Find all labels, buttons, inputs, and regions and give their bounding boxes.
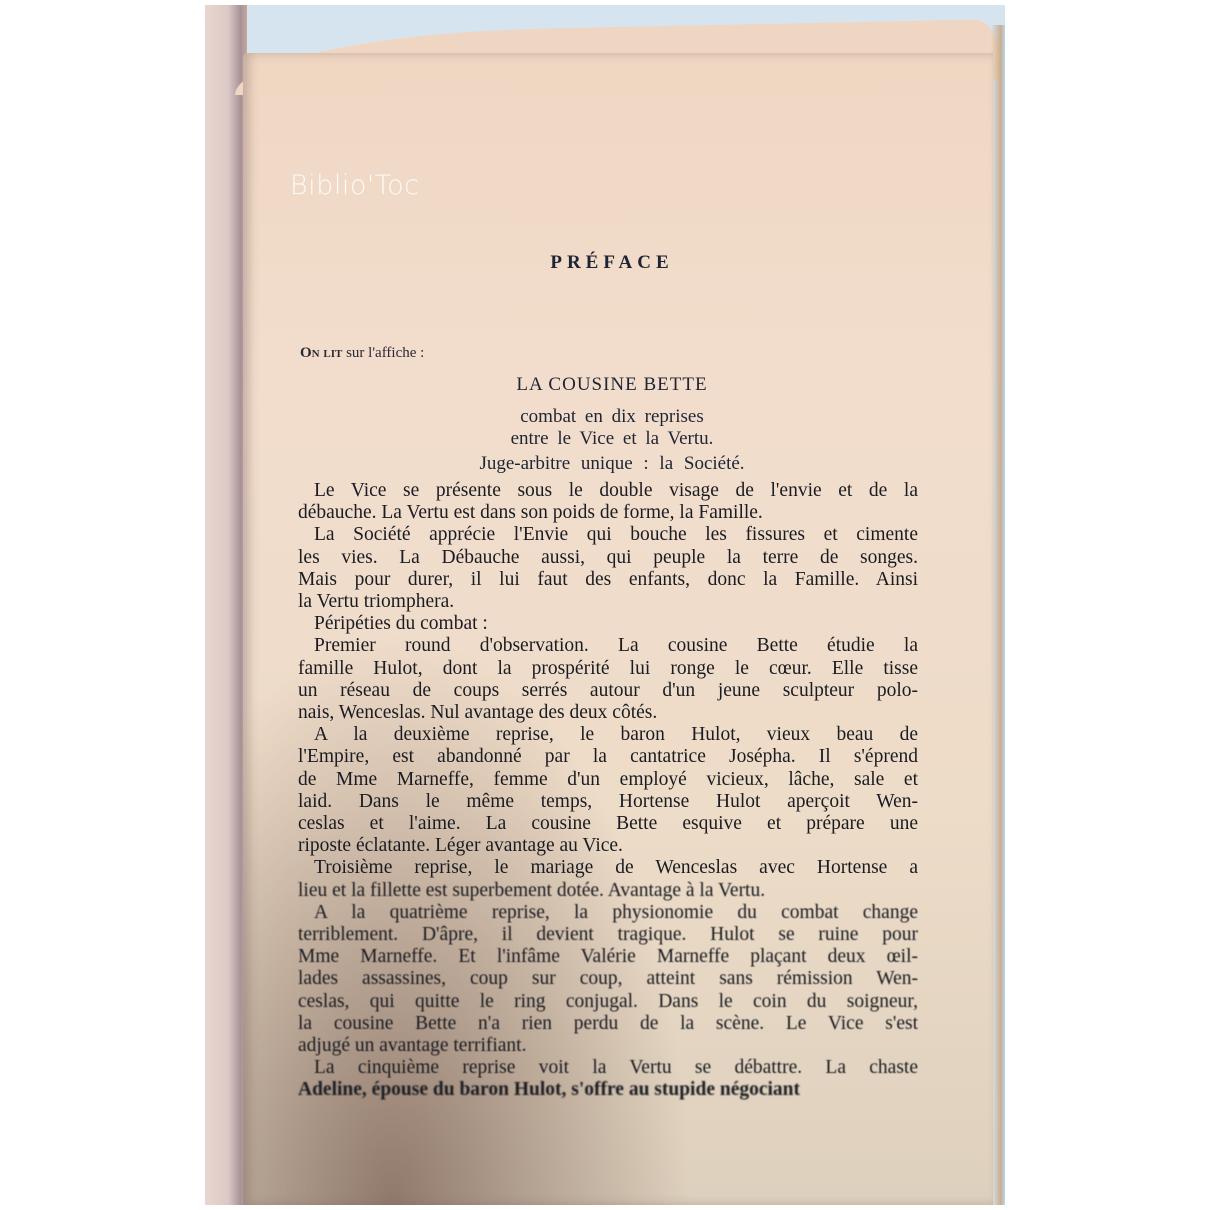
text-line: A la quatrième reprise, la physionomie d…	[298, 902, 918, 924]
text-line: La Société apprécie l'Envie qui bouche l…	[298, 524, 918, 546]
text-line: la cousine Bette n'a rien perdu de la sc…	[298, 1013, 918, 1035]
text-line: de Mme Marneffe, femme d'un employé vici…	[298, 769, 918, 791]
poster-line: Juge-arbitre unique : la Société.	[0, 453, 1210, 475]
text-line: ceslas, qui quitte le ring conjugal. Dan…	[298, 991, 918, 1013]
text-line: terriblement. D'âpre, il devient tragiqu…	[298, 924, 918, 946]
intro-smallcaps: On lit	[300, 345, 342, 361]
text-line: lades assassines, coup sur coup, atteint…	[298, 968, 918, 990]
body-text: Le Vice se présente sous le double visag…	[298, 480, 918, 1102]
poster-line: entre le Vice et la Vertu.	[0, 428, 1210, 450]
page-right-edge	[991, 25, 1005, 1205]
paragraph: Premier round d'observation. La cousine …	[298, 635, 918, 724]
text-line: les vies. La Débauche aussi, qui peuple …	[298, 547, 918, 569]
text-line: Premier round d'observation. La cousine …	[298, 635, 918, 657]
text-line: nais, Wenceslas. Nul avantage des deux c…	[298, 702, 918, 724]
text-line: Mme Marneffe. Et l'infâme Valérie Marnef…	[298, 946, 918, 968]
text-line: un réseau de coups serrés autour d'un je…	[298, 680, 918, 702]
text-line: famille Hulot, dont la prospérité lui ro…	[298, 658, 918, 680]
paragraph: A la deuxième reprise, le baron Hulot, v…	[298, 724, 918, 857]
page-heading: PRÉFACE	[0, 252, 1210, 274]
paragraph: Le Vice se présente sous le double visag…	[298, 480, 918, 524]
text-line: la Vertu triomphera.	[298, 591, 918, 613]
text-line: Mais pour durer, il lui faut des enfants…	[298, 569, 918, 591]
text-line: laid. Dans le même temps, Hortense Hulot…	[298, 791, 918, 813]
text-line: A la deuxième reprise, le baron Hulot, v…	[298, 724, 918, 746]
watermark-logo: Biblio'Toc	[290, 170, 420, 201]
text-line: Adeline, épouse du baron Hulot, s'offre …	[298, 1079, 918, 1101]
paragraph: La cinquième reprise voit la Vertu se dé…	[298, 1057, 918, 1101]
paragraph: Troisième reprise, le mariage de Wencesl…	[298, 857, 918, 901]
text-line: Le Vice se présente sous le double visag…	[298, 480, 918, 502]
text-line: La cinquième reprise voit la Vertu se dé…	[298, 1057, 918, 1079]
paragraph: La Société apprécie l'Envie qui bouche l…	[298, 524, 918, 613]
text-line: Péripéties du combat :	[298, 613, 918, 635]
paragraph: A la quatrième reprise, la physionomie d…	[298, 902, 918, 1057]
text-line: l'Empire, est abandonné par la cantatric…	[298, 746, 918, 768]
text-line: ceslas et l'aime. La cousine Bette esqui…	[298, 813, 918, 835]
poster-line: combat en dix reprises	[0, 406, 1210, 428]
intro-rest: sur l'affiche :	[342, 345, 424, 361]
text-line: adjugé un avantage terrifiant.	[298, 1035, 918, 1057]
paragraph: Péripéties du combat :	[298, 613, 918, 635]
text-line: débauche. La Vertu est dans son poids de…	[298, 502, 918, 524]
poster-title: LA COUSINE BETTE	[0, 374, 1210, 396]
text-line: Troisième reprise, le mariage de Wencesl…	[298, 857, 918, 879]
text-line: lieu et la fillette est superbement doté…	[298, 880, 918, 902]
facing-page-edge	[205, 5, 247, 1205]
text-line: riposte éclatante. Léger avantage au Vic…	[298, 835, 918, 857]
intro-line: On lit sur l'affiche :	[300, 345, 424, 362]
